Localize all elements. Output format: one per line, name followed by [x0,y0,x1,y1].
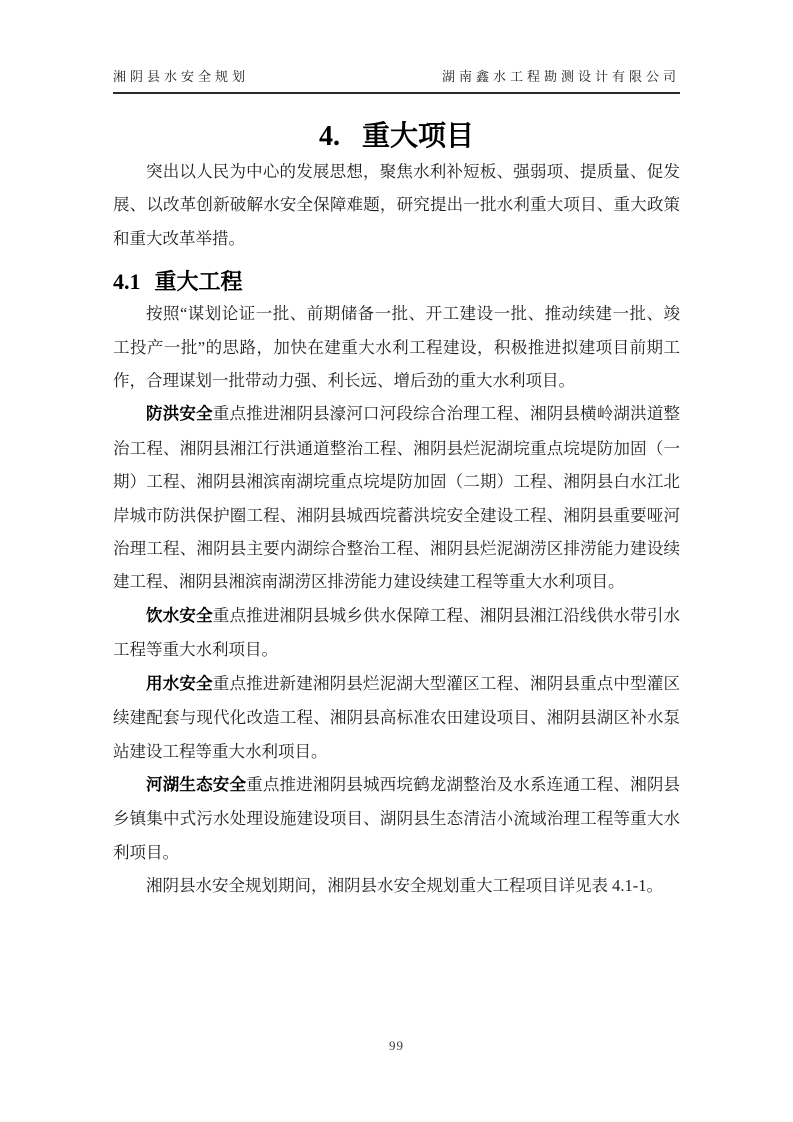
paragraph-lead: 饮水安全 [146,607,213,625]
paragraph-river-lake-ecology-safety: 河湖生态安全重点推进湘阴县城西垸鹤龙湖整治及水系连通工程、湘阴县乡镇集中式污水处… [113,768,680,869]
page-header: 湘阴县水安全规划 湖南鑫水工程勘测设计有限公司 [113,66,680,94]
paragraph-lead: 用水安全 [146,675,213,693]
paragraph-lead: 防洪安全 [146,405,213,423]
section-heading: 4.1重大工程 [113,267,680,297]
page-number: 99 [389,1038,404,1053]
header-left-title: 湘阴县水安全规划 [113,66,249,85]
document-page: 湘阴县水安全规划 湖南鑫水工程勘测设计有限公司 4.重大项目 突出以人民为中心的… [0,0,793,1122]
chapter-title-text: 重大项目 [362,120,474,151]
header-right-company: 湖南鑫水工程勘测设计有限公司 [442,66,680,85]
page-footer: 99 [0,1038,793,1054]
section-heading-text: 重大工程 [155,269,243,294]
paragraph-flood-safety: 防洪安全重点推进湘阴县濠河口河段综合治理工程、湘阴县横岭湖洪道整治工程、湘阴县湘… [113,397,680,598]
paragraph-water-use-safety: 用水安全重点推进新建湘阴县烂泥湖大型灌区工程、湘阴县重点中型灌区续建配套与现代化… [113,667,680,768]
chapter-number: 4. [319,121,340,152]
section-lead-paragraph: 按照“谋划论证一批、前期储备一批、开工建设一批、推动续建一批、竣工投产一批”的思… [113,297,680,397]
paragraph-body: 重点推进湘阴县濠河口河段综合治理工程、湘阴县横岭湖洪道整治工程、湘阴县湘江行洪通… [113,404,680,591]
chapter-title: 4.重大项目 [113,118,680,155]
intro-paragraph: 突出以人民为中心的发展思想，聚焦水利补短板、强弱项、提质量、促发展、以改革创新破… [113,155,680,255]
section-number: 4.1 [113,269,141,294]
paragraph-lead: 河湖生态安全 [146,776,246,794]
closing-paragraph: 湘阴县水安全规划期间，湘阴县水安全规划重大工程项目详见表 4.1-1。 [113,869,680,902]
paragraph-drinking-water-safety: 饮水安全重点推进湘阴县城乡供水保障工程、湘阴县湘江沿线供水带引水工程等重大水利项… [113,599,680,667]
document-body: 突出以人民为中心的发展思想，聚焦水利补短板、强弱项、提质量、促发展、以改革创新破… [113,155,680,903]
